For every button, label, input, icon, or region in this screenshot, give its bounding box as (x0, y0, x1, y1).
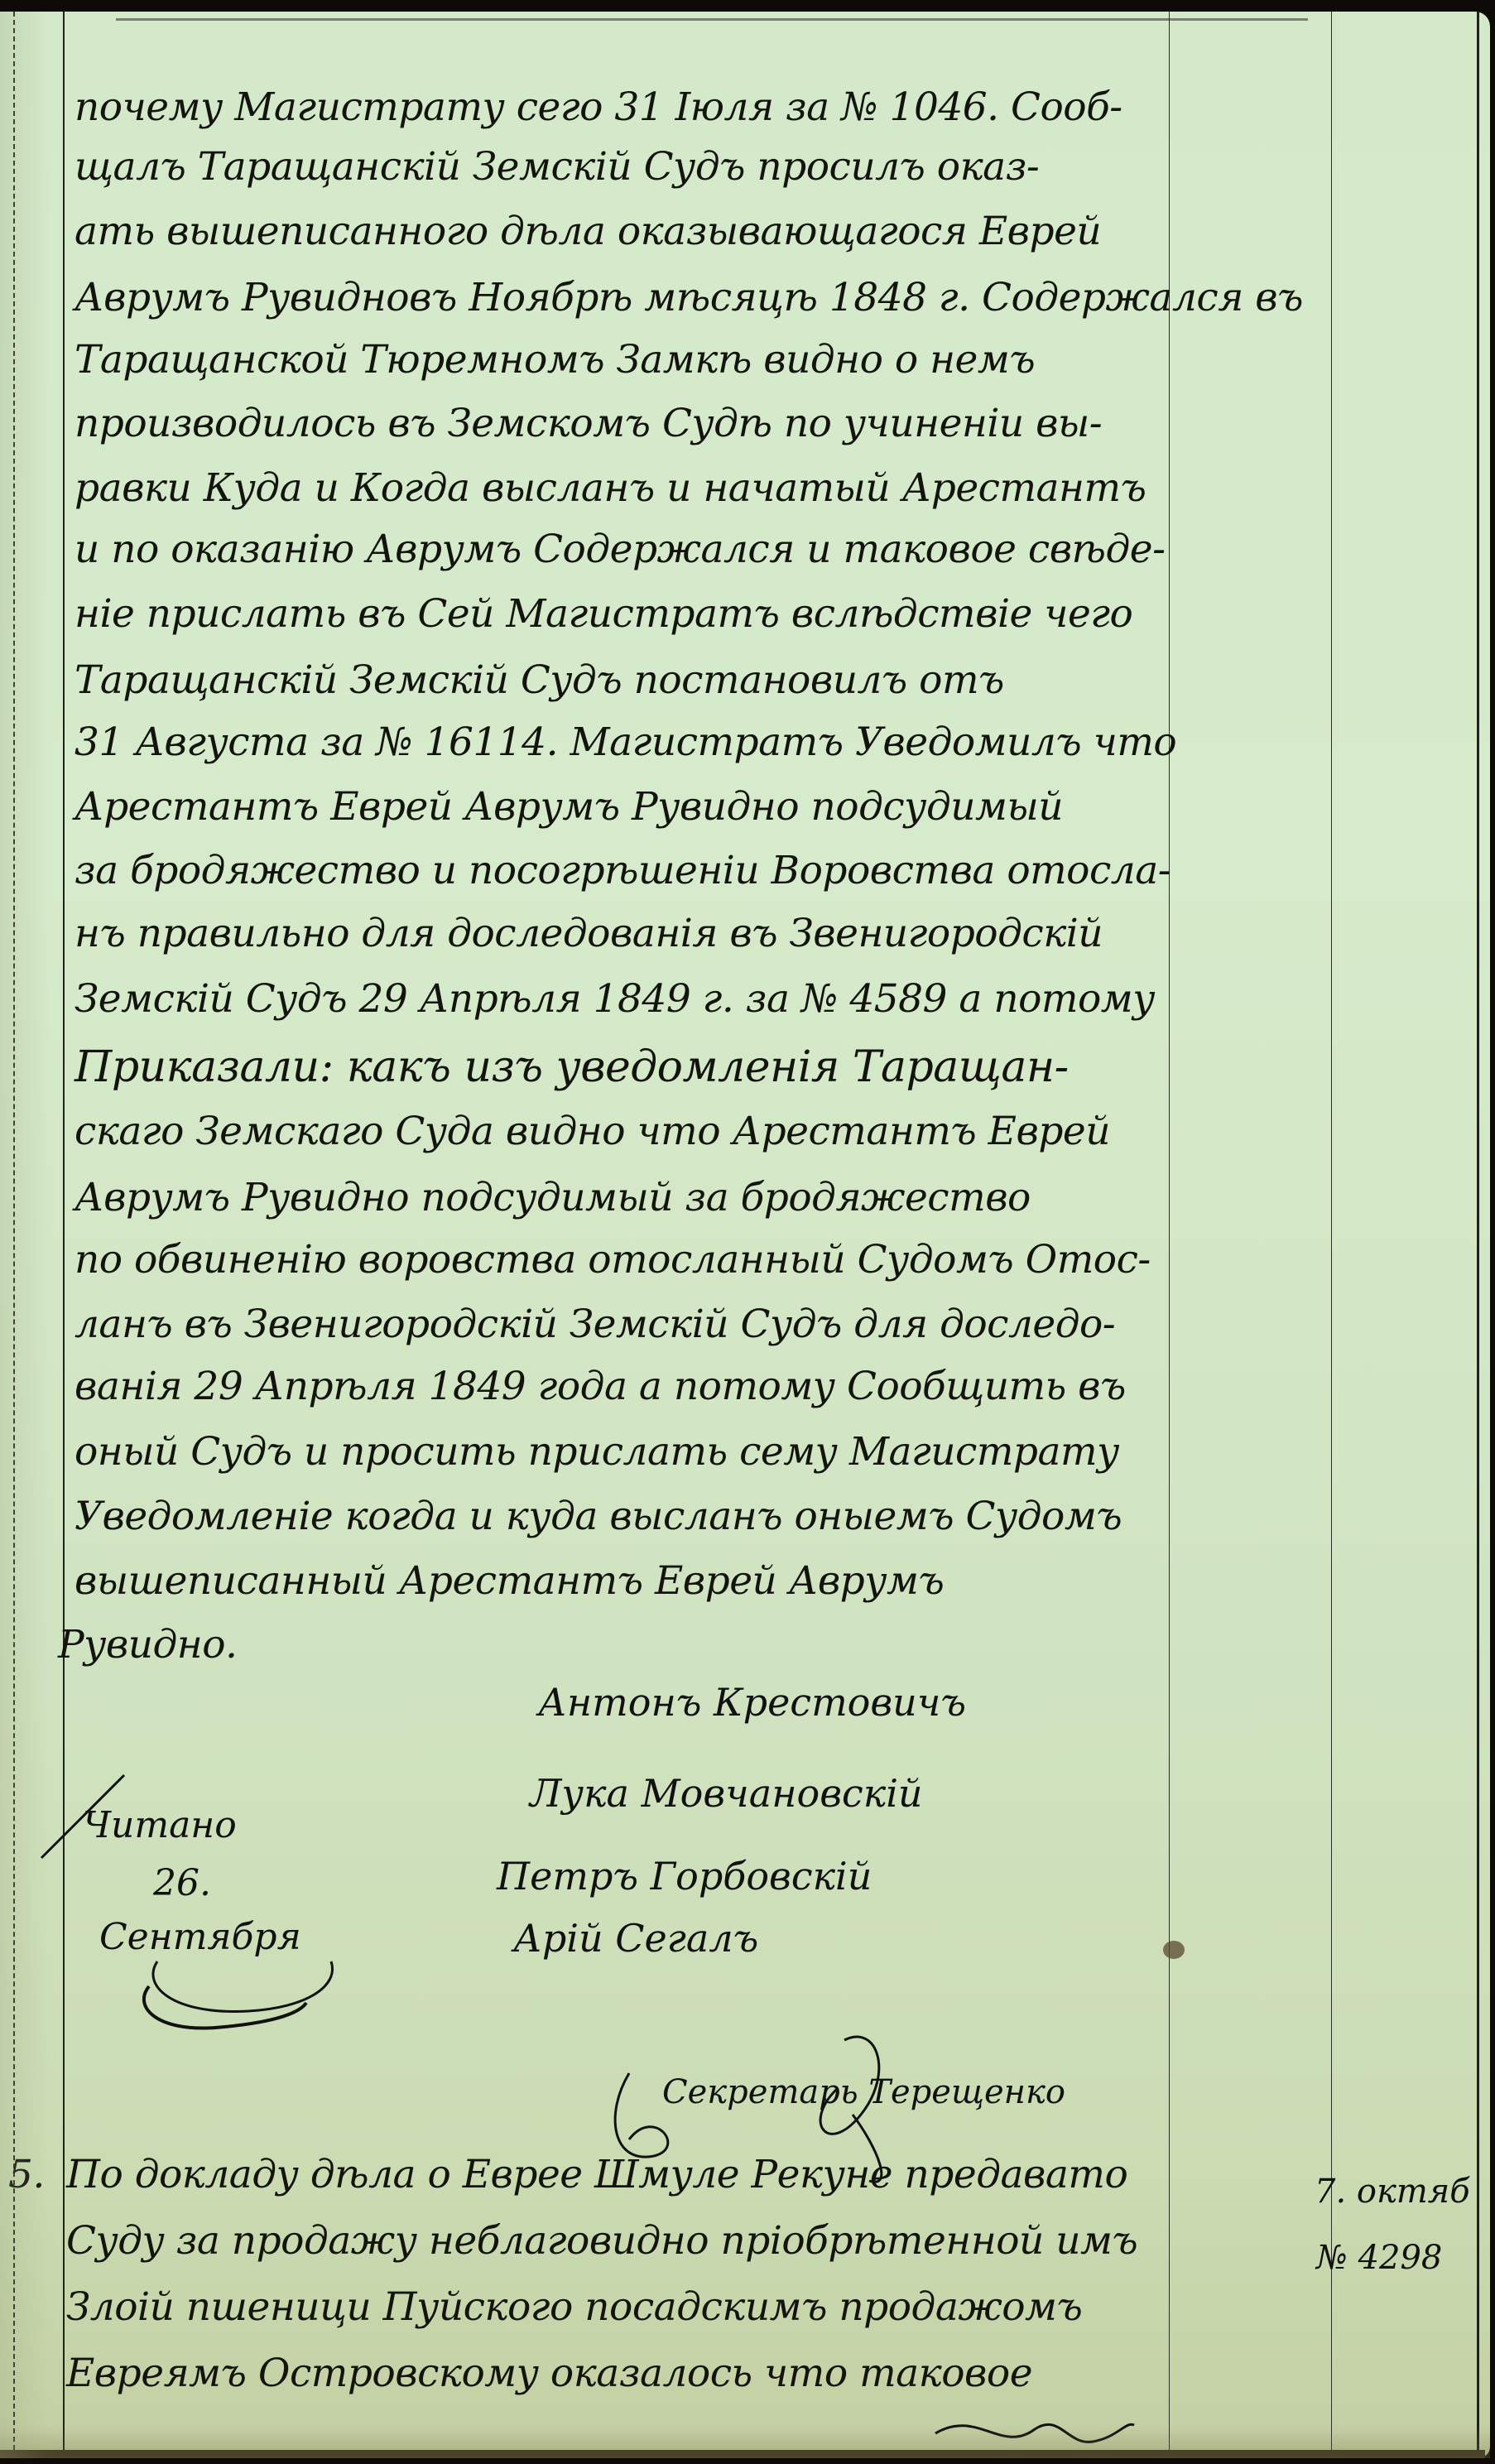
text-line: Аврумъ Рувидновъ Ноябрѣ мѣсяцѣ 1848 г. С… (75, 275, 1303, 320)
left-edge-dashed-rule (13, 12, 15, 2458)
left-margin-rule (63, 12, 65, 2458)
register-page: почему Магистрату сего 31 Іюля за № 1046… (0, 12, 1490, 2458)
signature-3: Петръ Горбовскій (497, 1854, 872, 1899)
text-line: Таращанской Тюремномъ Замкѣ видно о немъ (75, 337, 1035, 383)
signature-2: Лука Мовчановскій (530, 1771, 923, 1816)
text-line: ланъ въ Звенигородскій Земскій Судъ для … (75, 1302, 1115, 1347)
page-top-edge-line (116, 18, 1308, 21)
text-line: оный Судъ и просить прислать сему Магист… (75, 1429, 1119, 1475)
item-5-line: По докладу дѣла о Еврее Шмуле Рекуне пре… (66, 2152, 1127, 2197)
text-line: по обвиненію воровства отосланный Судомъ… (75, 1237, 1151, 1283)
annotation-date: 7. октяб (1315, 2173, 1470, 2211)
item-5-line: Евреямъ Островскому оказалось что таково… (66, 2351, 1032, 2396)
main-column-right-rule (1169, 12, 1170, 2458)
text-line: вышеписанный Арестантъ Еврей Аврумъ (75, 1558, 944, 1604)
text-line: Таращанскій Земскій Судъ постановилъ отъ (75, 657, 1004, 703)
text-line: Арестантъ Еврей Аврумъ Рувидно подсудимы… (75, 784, 1063, 830)
text-line: за бродяжество и посогрѣшеніи Воровства … (75, 848, 1171, 893)
text-line: ніе прислать въ Сей Магистратъ вслѣдстві… (75, 591, 1132, 637)
item-5-line: Суду за продажу неблаговидно пріобрѣтенн… (66, 2218, 1137, 2264)
swash-top (116, 1982, 315, 2040)
annotation-number: № 4298 (1316, 2239, 1442, 2277)
page-bottom-edge (0, 2450, 1485, 2458)
signature-1: Антонъ Крестовичъ (538, 1680, 966, 1725)
text-line: щалъ Таращанскій Земскій Судъ просилъ ок… (75, 144, 1039, 190)
text-line: равки Куда и Когда высланъ и начатый Аре… (75, 465, 1146, 511)
text-line: скаго Земскаго Суда видно что Арестантъ … (75, 1109, 1110, 1154)
text-line-prikazali: Приказали: какъ изъ уведомленія Таращан- (75, 1042, 1069, 1092)
text-line: почему Магистрату сего 31 Іюля за № 1046… (75, 84, 1122, 130)
item-5-number: 5. (8, 2152, 45, 2197)
text-line: и по оказанію Аврумъ Содержался и таково… (75, 527, 1166, 572)
annotation-column-rule (1331, 12, 1332, 2458)
text-line: Уведомленіе когда и куда высланъ оныемъ … (75, 1494, 1122, 1539)
text-line: ванія 29 Апрѣля 1849 года а потому Сообщ… (75, 1364, 1126, 1409)
text-line: производилось въ Земскомъ Судѣ по учинен… (75, 401, 1102, 446)
text-line: Рувидно. (58, 1622, 238, 1668)
ink-stain (1163, 1941, 1185, 1959)
text-line: нъ правильно для доследованія въ Звениго… (75, 911, 1103, 956)
page-right-edge-rule (1477, 12, 1479, 2458)
text-line: 31 Августа за № 16114. Магистратъ Уведом… (75, 719, 1176, 765)
margin-note-line1: Читано (83, 1804, 237, 1846)
text-line: Аврумъ Рувидно подсудимый за бродяжество (75, 1175, 1031, 1220)
signature-4: Арій Сегалъ (513, 1916, 758, 1961)
text-line: ать вышеписанного дѣла оказывающагося Ев… (75, 209, 1101, 254)
text-line: Земскій Судъ 29 Апрѣля 1849 г. за № 4589… (75, 976, 1155, 1022)
margin-note-line2: 26. (153, 1862, 211, 1904)
item-5-line: Злоій пшеници Пуйского посадскимъ продаж… (66, 2284, 1082, 2330)
margin-note-line3: Сентября (99, 1916, 301, 1958)
